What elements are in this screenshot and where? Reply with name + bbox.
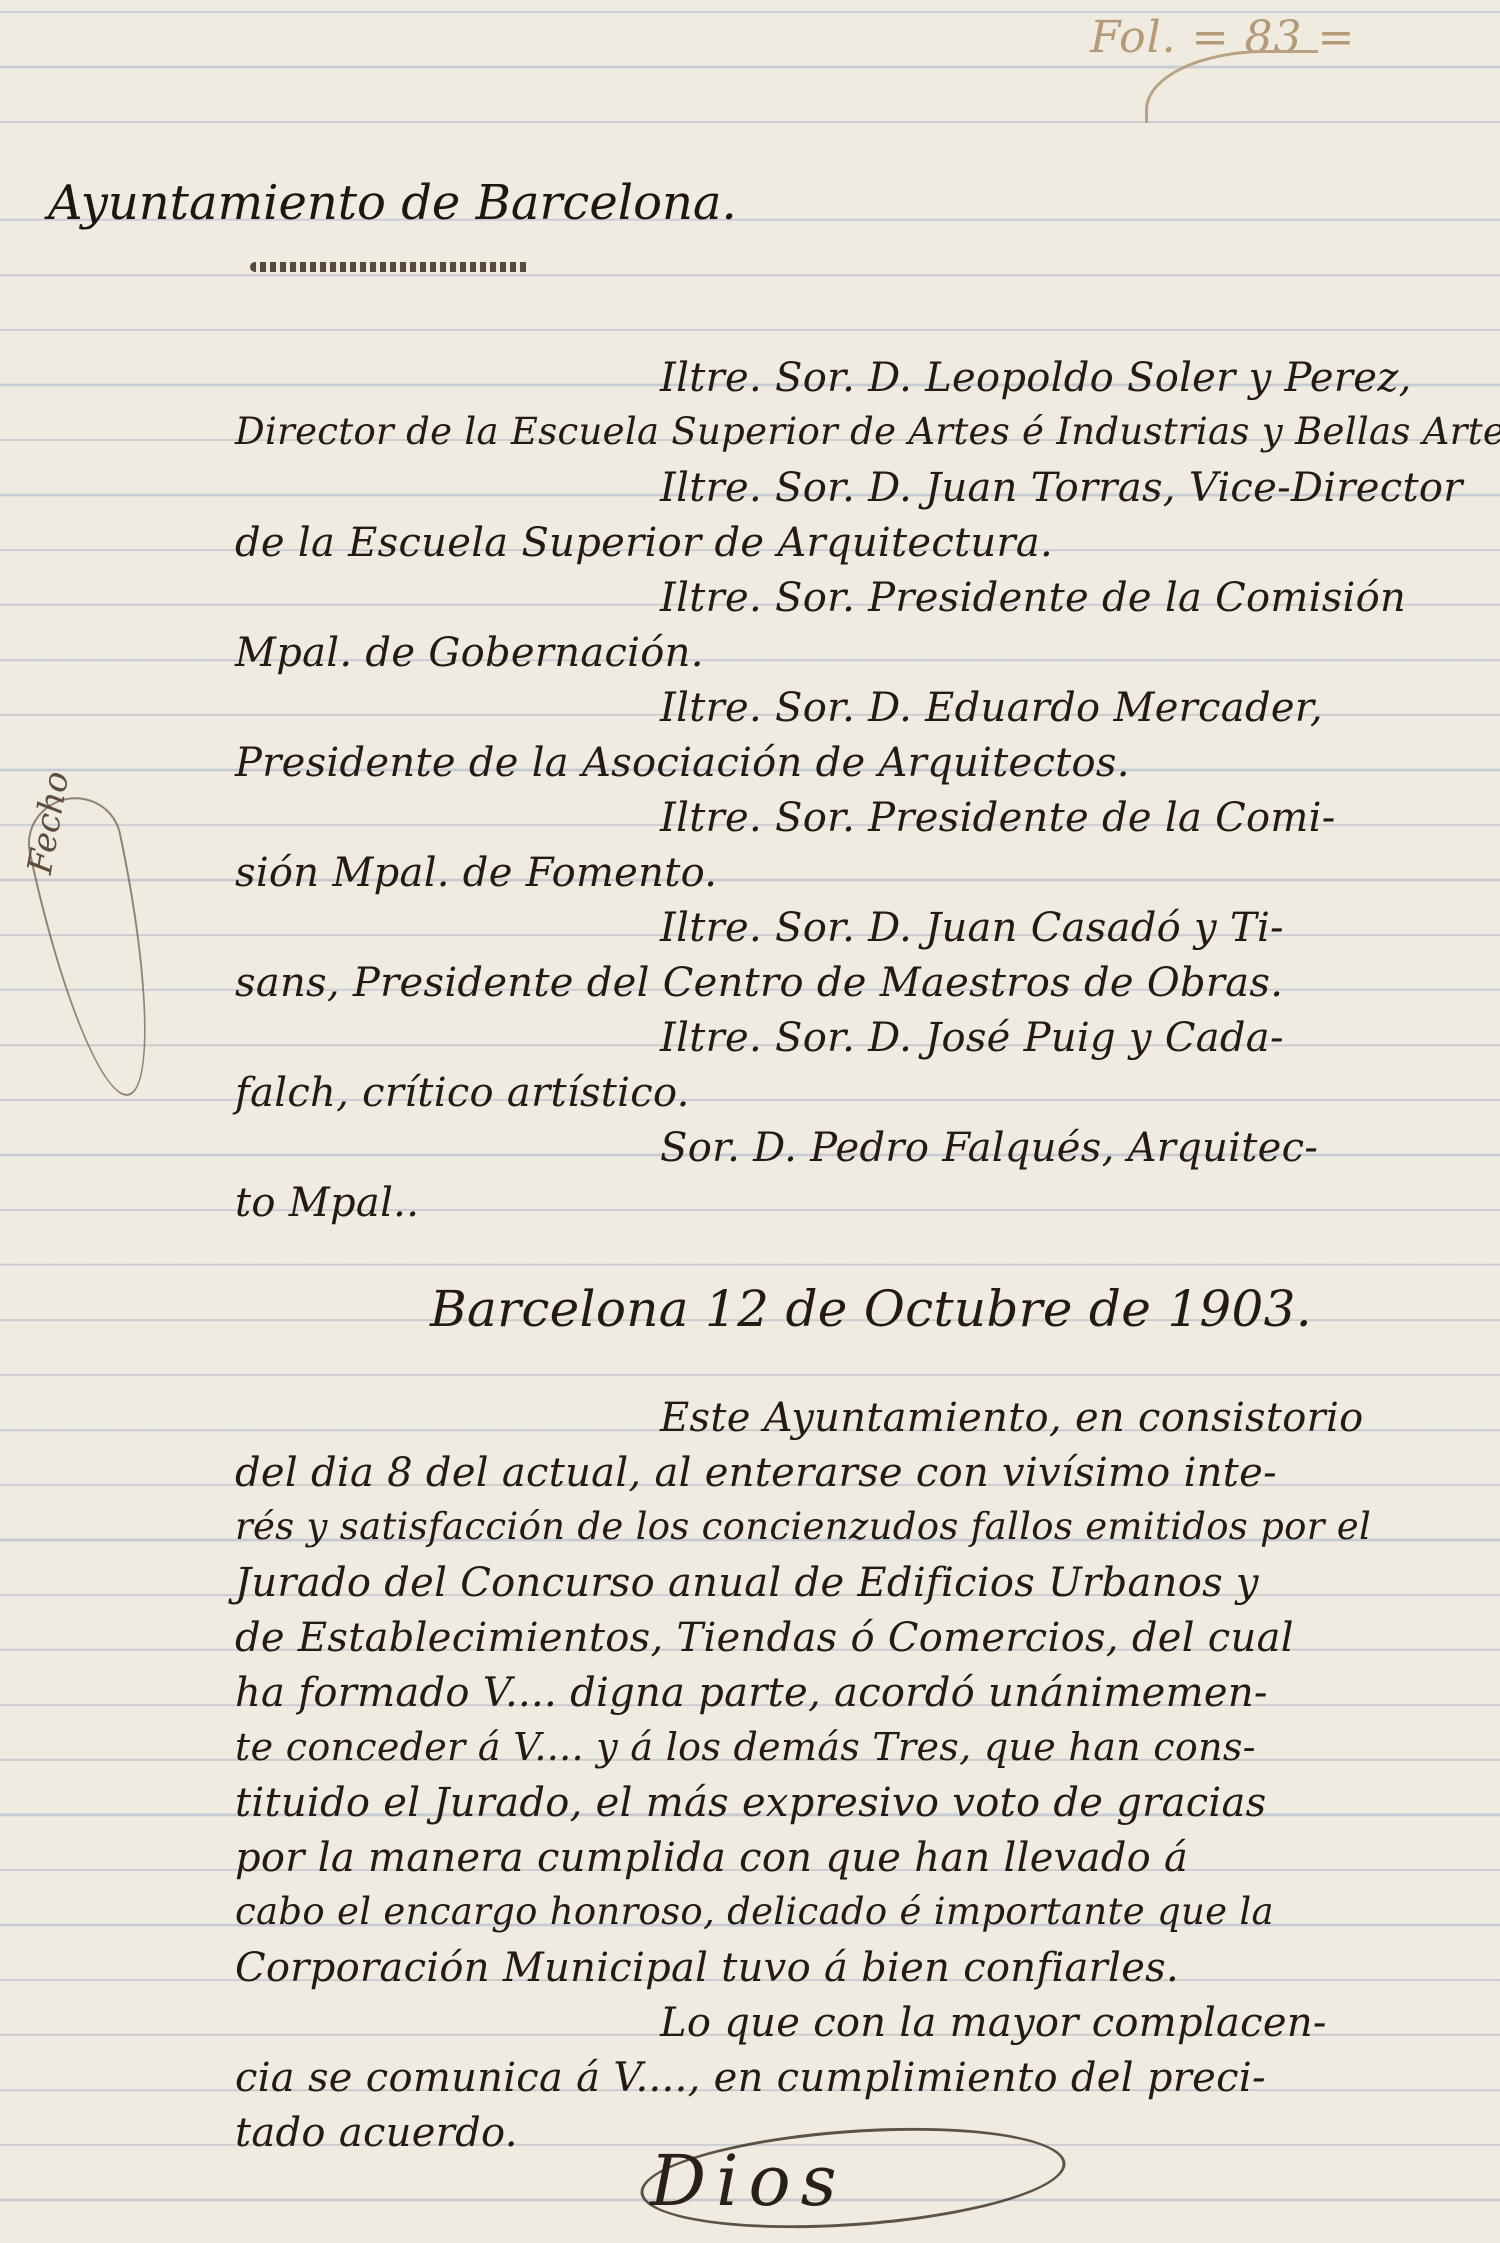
body-line: Lo que con la mayor complacen- (660, 2000, 1327, 2046)
body-line: Este Ayuntamiento, en consistorio (660, 1395, 1364, 1441)
recipient-line: Iltre. Sor. D. Juan Torras, Vice-Directo… (660, 465, 1463, 511)
ruled-paper-page: Fol. = 83 = Ayuntamiento de Barcelona. F… (0, 0, 1500, 2243)
recipient-line: falch, crítico artístico. (235, 1070, 690, 1116)
recipient-line: sans, Presidente del Centro de Maestros … (235, 960, 1283, 1006)
recipient-line: Sor. D. Pedro Falqués, Arquitec- (660, 1125, 1318, 1171)
recipient-line: Iltre. Sor. D. Eduardo Mercader, (660, 685, 1323, 731)
recipient-line: Presidente de la Asociación de Arquitect… (235, 740, 1130, 786)
letterhead-flourish (250, 262, 530, 272)
date-line: Barcelona 12 de Octubre de 1903. (430, 1280, 1312, 1338)
body-line: cabo el encargo honroso, delicado é impo… (235, 1890, 1274, 1933)
body-line: ha formado V.... digna parte, acordó uná… (235, 1670, 1268, 1716)
recipient-line: to Mpal.. (235, 1180, 419, 1226)
recipient-line: Mpal. de Gobernación. (235, 630, 704, 676)
body-line: Jurado del Concurso anual de Edificios U… (235, 1560, 1259, 1606)
recipient-line: Iltre. Sor. D. Leopoldo Soler y Perez, (660, 355, 1412, 401)
body-line: Corporación Municipal tuvo á bien confia… (235, 1945, 1179, 1991)
body-line: del dia 8 del actual, al enterarse con v… (235, 1450, 1277, 1496)
body-line: cia se comunica á V...., en cumplimiento… (235, 2055, 1266, 2101)
letterhead: Ayuntamiento de Barcelona. (48, 175, 737, 231)
recipient-line: Iltre. Sor. Presidente de la Comisión (660, 575, 1406, 621)
closing-signature: Dios (650, 2140, 847, 2222)
body-line: tituido el Jurado, el más expresivo voto… (235, 1780, 1267, 1826)
body-line: te conceder á V.... y á los demás Tres, … (235, 1725, 1256, 1769)
recipient-line: sión Mpal. de Fomento. (235, 850, 717, 896)
body-line: por la manera cumplida con que han lleva… (235, 1835, 1188, 1881)
recipient-line: de la Escuela Superior de Arquitectura. (235, 520, 1053, 566)
body-line: rés y satisfacción de los concienzudos f… (235, 1505, 1371, 1548)
body-line: tado acuerdo. (235, 2110, 518, 2156)
recipient-line: Iltre. Sor. D. José Puig y Cada- (660, 1015, 1284, 1061)
body-line: de Establecimientos, Tiendas ó Comercios… (235, 1615, 1294, 1661)
recipient-line: Iltre. Sor. Presidente de la Comi- (660, 795, 1336, 841)
recipient-line: Director de la Escuela Superior de Artes… (235, 410, 1500, 453)
recipient-line: Iltre. Sor. D. Juan Casadó y Ti- (660, 905, 1284, 951)
